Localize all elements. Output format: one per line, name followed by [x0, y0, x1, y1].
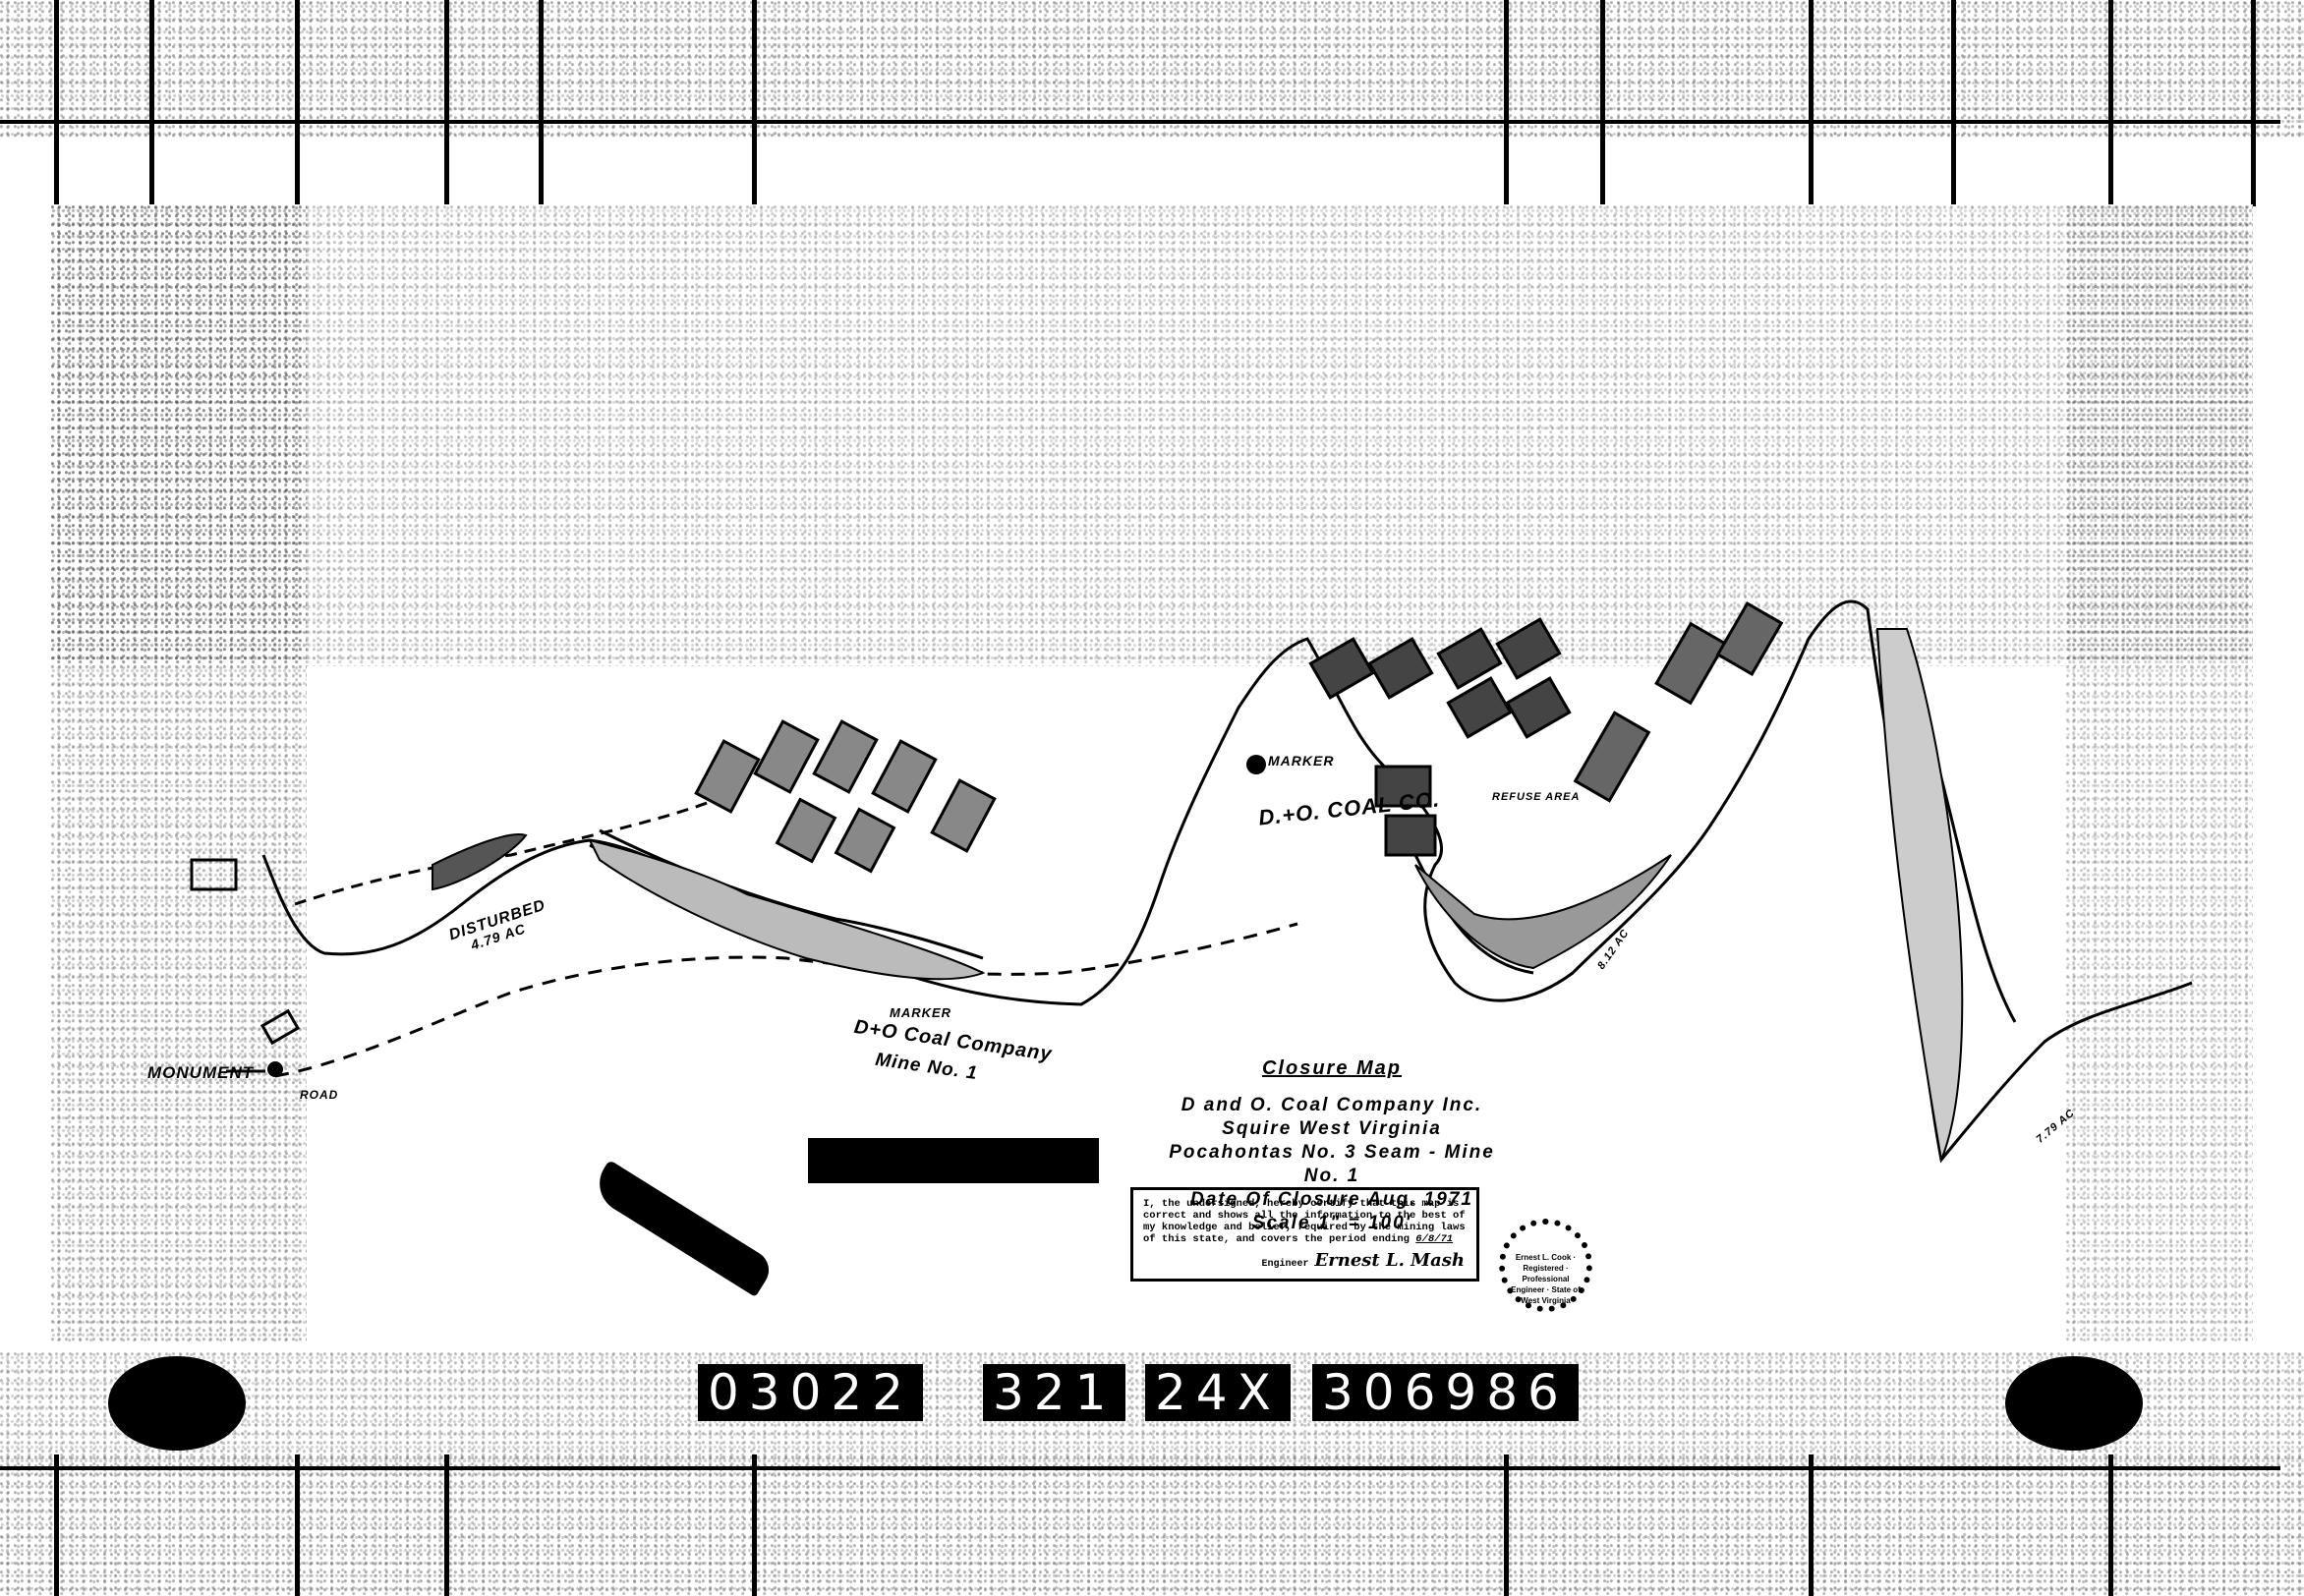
engineer-label: Engineer	[1262, 1259, 1309, 1270]
road-label: ROAD	[300, 1088, 338, 1102]
film-punch-hole	[108, 1356, 246, 1451]
disturbed-area	[432, 834, 526, 889]
film-frame-number: 321	[983, 1364, 1125, 1421]
seam-mine: Pocahontas No. 3 Seam - Mine No. 1	[1150, 1141, 1514, 1188]
microfilm-frame: MONUMENT ROAD DISTURBED 4.79 AC MARKER D…	[0, 0, 2304, 1596]
engineer-seal: Ernest L. Cook · Registered · Profession…	[1499, 1219, 1592, 1312]
mine-pillar	[1656, 624, 1725, 704]
monument-marker	[267, 1061, 283, 1077]
map-title: Closure Map	[1150, 1056, 1514, 1080]
mine-pillar	[1576, 712, 1649, 800]
redacted-block	[808, 1138, 1099, 1183]
film-frame-number: 306986	[1312, 1364, 1579, 1421]
marker-label: MARKER	[890, 1005, 951, 1020]
mine-pillar	[755, 721, 817, 792]
mine-pillar	[1497, 619, 1559, 678]
monument-label: MONUMENT	[147, 1063, 254, 1083]
mine-pillar	[1310, 639, 1372, 698]
location: Squire West Virginia	[1150, 1117, 1514, 1141]
mine-pillar	[1369, 639, 1431, 698]
period-ending-date: 6/8/71	[1415, 1233, 1453, 1245]
engineer-signature: Ernest L. Mash	[1315, 1250, 1465, 1271]
film-frame-number: 24X	[1145, 1364, 1291, 1421]
seal-text: Ernest L. Cook · Registered · Profession…	[1511, 1253, 1581, 1305]
hatched-area	[1415, 855, 1671, 968]
mine-pillar	[778, 800, 835, 862]
mine-pillar	[873, 741, 935, 812]
marker-label: MARKER	[1268, 753, 1334, 769]
mine-pillar	[1718, 603, 1782, 674]
refuse-area-label: REFUSE AREA	[1492, 791, 1580, 803]
building	[192, 860, 236, 889]
engineer-certification: I, the undersigned, hereby certify that …	[1130, 1187, 1479, 1282]
mine-pillar	[1386, 816, 1435, 855]
hatched-area	[1877, 629, 1962, 1160]
mine-pillar	[932, 780, 994, 851]
mine-pillar	[696, 741, 758, 812]
marker	[1246, 755, 1266, 774]
mine-pillar	[1507, 678, 1569, 737]
mine-pillar	[814, 721, 876, 792]
engineer-signature-line: Engineer Ernest L. Mash	[1262, 1255, 1466, 1271]
building	[262, 1011, 298, 1043]
film-frame-number: 03022	[698, 1364, 923, 1421]
company-name: D and O. Coal Company Inc.	[1150, 1094, 1514, 1117]
mine-pillar	[836, 810, 894, 872]
film-punch-hole	[2005, 1356, 2143, 1451]
